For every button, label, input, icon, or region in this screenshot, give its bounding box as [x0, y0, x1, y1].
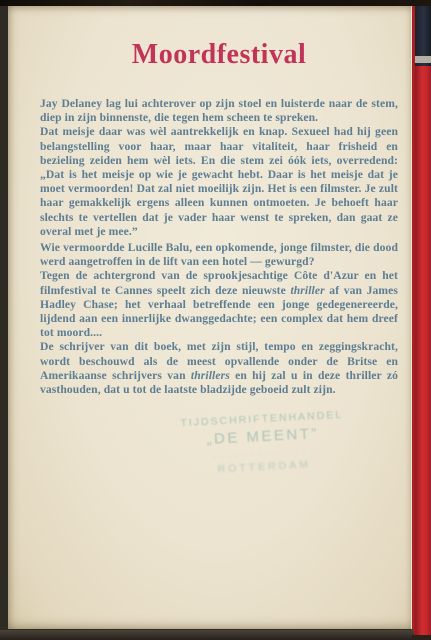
blurb-block-2: Wie vermoordde Lucille Balu, een opkomen… [40, 241, 398, 397]
photo-top-edge [0, 0, 431, 6]
blurb-block-1: Jay Delaney lag lui achterover op zijn s… [40, 97, 398, 239]
bookseller-stamp: TIJDSCHRIFTENHANDEL „DE MEENT” · · · · ·… [147, 407, 380, 479]
photo-bottom-right-corner [412, 635, 431, 640]
blurb-paragraph-5: De schrijver van dit boek, met zijn stij… [40, 340, 398, 397]
book-spine [412, 0, 431, 640]
photo-bottom-edge [0, 630, 414, 640]
blurb-paragraph-2: Dat meisje daar was wèl aantrekkelijk en… [40, 125, 398, 239]
blurb-paragraph-4: Tegen de achtergrond van de sprookjesach… [40, 269, 398, 340]
book-back-cover-photo: Moordfestival Jay Delaney lag lui achter… [0, 0, 431, 640]
spine-headband [415, 56, 431, 63]
blurb-paragraph-1: Jay Delaney lag lui achterover op zijn s… [40, 97, 398, 125]
blurb-italic-word: thrillers [191, 369, 230, 382]
blurb-paragraph-3: Wie vermoordde Lucille Balu, een opkomen… [40, 241, 398, 269]
spine-red-band [415, 66, 431, 636]
blurb-italic-word: thriller [290, 284, 324, 297]
book-title: Moordfestival [40, 39, 398, 71]
back-cover-page: Moordfestival Jay Delaney lag lui achter… [8, 6, 412, 629]
